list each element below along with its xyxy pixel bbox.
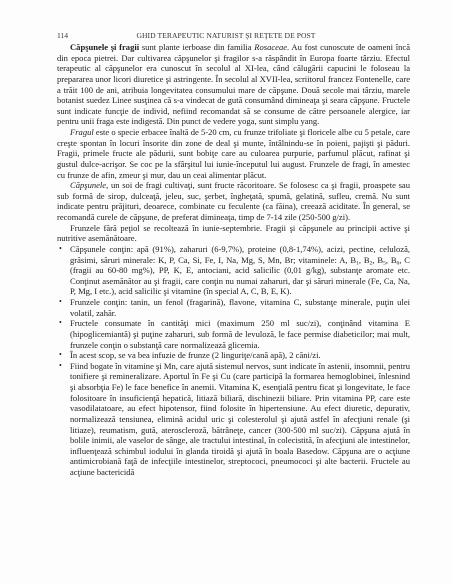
italic-lead-fragul: Fragul bbox=[70, 127, 94, 137]
bullet-item-leaves: •Frunzele conţin: tanin, un fenol (fraga… bbox=[57, 297, 410, 318]
bullet-text: , B bbox=[386, 255, 397, 265]
paragraph-capsunele: Căpşunele, un soi de fragi cultivaţi, su… bbox=[57, 180, 410, 223]
bullet-text: În acest scop, se va bea infuzie de frun… bbox=[70, 350, 321, 360]
bullet-text: Fiind bogate în vitamine şi Mn, care aju… bbox=[70, 361, 410, 477]
bullet-text: , B bbox=[372, 255, 383, 265]
bullet-list: •Căpşunele conţin: apă (91%), zaharuri (… bbox=[57, 244, 410, 478]
bold-lead-capsunele-fragii: Căpşunele şi fragii bbox=[70, 42, 139, 52]
paragraph-intro: Căpşunele şi fragii sunt plante ierboase… bbox=[57, 42, 410, 127]
bullet-icon: • bbox=[59, 297, 62, 308]
bullet-text: Frunzele conţin: tanin, un fenol (fragar… bbox=[70, 297, 410, 318]
document-page: 114 GHID TERAPEUTIC NATURIST ŞI REŢETE D… bbox=[0, 0, 452, 584]
bullet-text: , B bbox=[359, 255, 370, 265]
italic-lead-capsunele: Căpşunele bbox=[70, 180, 106, 190]
bullet-item-benefits: •Fiind bogate în vitamine şi Mn, care aj… bbox=[57, 361, 410, 478]
paragraph-text: este o specie erbacee înaltă de 5-20 cm,… bbox=[57, 127, 410, 180]
bullet-item-diabetes: •Fructele consumate în cantităţi mici (m… bbox=[57, 318, 410, 350]
bullet-item-infusion: •În acest scop, se va bea infuzie de fru… bbox=[57, 350, 410, 361]
body-text: Căpşunele şi fragii sunt plante ierboase… bbox=[57, 42, 410, 478]
running-title: GHID TERAPEUTIC NATURIST ŞI REŢETE DE PO… bbox=[96, 30, 356, 42]
bullet-icon: • bbox=[59, 318, 62, 329]
paragraph-text: Frunzele fără peţiol se recoltează în iu… bbox=[57, 223, 410, 244]
paragraph-text: sunt plante ierboase din familia bbox=[139, 42, 254, 52]
bullet-text: Fructele consumate în cantităţi mici (ma… bbox=[70, 318, 410, 349]
paragraph-fragul: Fragul este o specie erbacee înaltă de 5… bbox=[57, 127, 410, 180]
bullet-icon: • bbox=[59, 350, 62, 361]
paragraph-text: , un soi de fragi cultivaţi, sunt fructe… bbox=[57, 180, 410, 222]
running-header: 114 GHID TERAPEUTIC NATURIST ŞI REŢETE D… bbox=[57, 30, 410, 42]
bullet-item-composition: •Căpşunele conţin: apă (91%), zaharuri (… bbox=[57, 244, 410, 297]
bullet-icon: • bbox=[59, 244, 62, 255]
italic-family-name: Rosaceae bbox=[254, 42, 287, 52]
paragraph-frunzele: Frunzele fără peţiol se recoltează în iu… bbox=[57, 223, 410, 244]
paragraph-text: . Au fost cunoscute de oameni încă din e… bbox=[57, 42, 410, 126]
bullet-icon: • bbox=[59, 361, 62, 372]
page-number: 114 bbox=[57, 30, 68, 42]
